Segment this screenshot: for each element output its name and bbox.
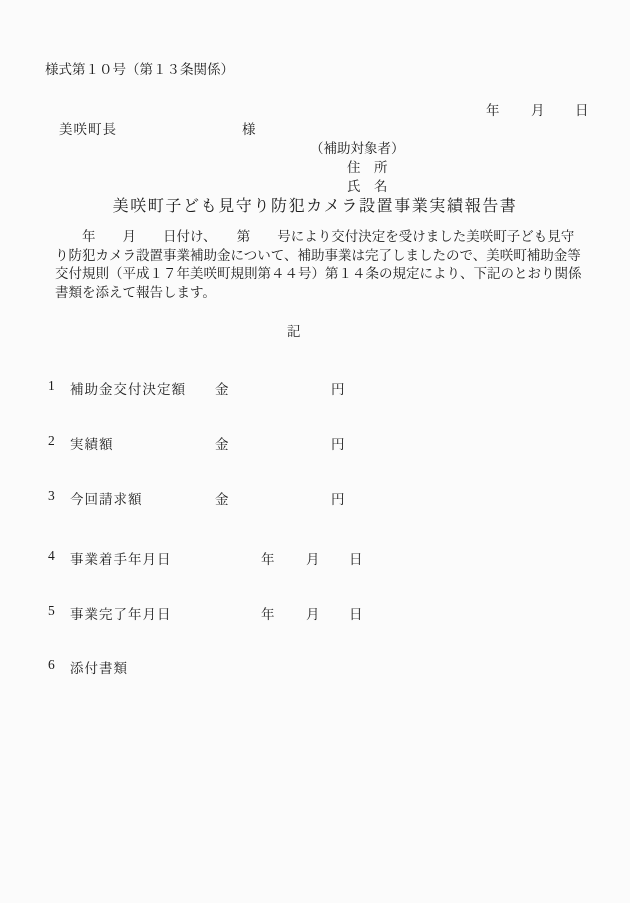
form-number: 様式第１０号（第１３条関係） [45, 62, 234, 78]
amount-prefix: 金 [215, 433, 229, 453]
amount-prefix: 金 [215, 378, 229, 398]
amount-unit: 円 [331, 433, 345, 453]
header-date-day: 日 [575, 103, 589, 119]
header-date-month: 月 [531, 103, 545, 119]
applicant-address-label: 住 所 [347, 160, 388, 176]
item-row-actual-amount: 2 実績額 金 円 [0, 433, 630, 453]
item-row-completion-date: 5 事業完了年月日 年 月 日 [0, 603, 630, 623]
item-row-claim-amount: 3 今回請求額 金 円 [0, 488, 630, 508]
amount-unit: 円 [331, 488, 345, 508]
document-title: 美咲町子ども見守り防犯カメラ設置事業実績報告書 [0, 197, 630, 216]
item-label: 補助金交付決定額 [70, 378, 186, 398]
amount-unit: 円 [331, 378, 345, 398]
item-label: 実績額 [70, 433, 114, 453]
item-row-grant-decision-amount: 1 補助金交付決定額 金 円 [0, 378, 630, 398]
item-label: 今回請求額 [70, 488, 143, 508]
date-unit-year: 年 [261, 603, 275, 623]
date-unit-year: 年 [261, 548, 275, 568]
addressee-honorific: 様 [242, 122, 256, 138]
item-row-attached-documents: 6 添付書類 [0, 657, 630, 677]
item-number: 2 [48, 433, 55, 449]
date-unit-day: 日 [349, 603, 363, 623]
addressee-name: 美咲町長 [59, 122, 117, 138]
section-marker: 記 [287, 324, 301, 340]
item-label: 添付書類 [70, 657, 128, 677]
amount-prefix: 金 [215, 488, 229, 508]
item-number: 5 [48, 603, 55, 619]
document-page: 様式第１０号（第１３条関係） 年 月 日 美咲町長 様 （補助対象者） 住 所 … [0, 0, 630, 903]
item-number: 6 [48, 657, 55, 673]
applicant-name-label: 氏 名 [347, 179, 388, 195]
date-unit-month: 月 [306, 603, 320, 623]
item-label: 事業着手年月日 [70, 548, 172, 568]
item-number: 4 [48, 548, 55, 564]
applicant-section-label: （補助対象者） [310, 141, 405, 157]
date-unit-month: 月 [306, 548, 320, 568]
header-date-year: 年 [486, 103, 500, 119]
body-paragraph: 年 月 日付け、 第 号により交付決定を受けました美咲町子ども見守り防犯カメラ設… [55, 228, 587, 302]
item-number: 1 [48, 378, 55, 394]
date-unit-day: 日 [349, 548, 363, 568]
item-number: 3 [48, 488, 55, 504]
item-row-start-date: 4 事業着手年月日 年 月 日 [0, 548, 630, 568]
item-label: 事業完了年月日 [70, 603, 172, 623]
